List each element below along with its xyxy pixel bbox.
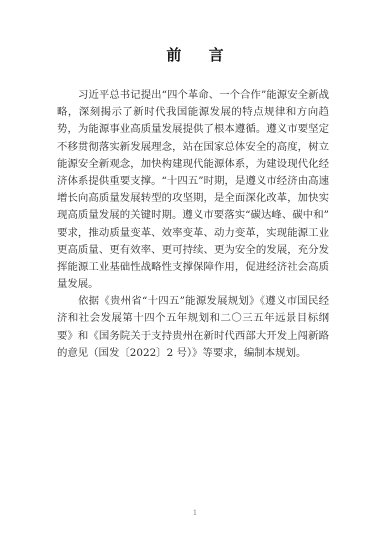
document-page: 前 言 习近平总书记提出“四个革命、一个合作”能源安全新战 略，深刻揭示了新时代… bbox=[0, 0, 390, 551]
preface-body: 习近平总书记提出“四个革命、一个合作”能源安全新战 略，深刻揭示了新时代我国能源… bbox=[57, 87, 329, 362]
text-line: 济体系提供重要支撑。“十四五”时期，是遵义市经济由高速 bbox=[57, 173, 329, 190]
text-line: 略，深刻揭示了新时代我国能源发展的特点规律和方向趋 bbox=[57, 104, 329, 121]
text-line: 不移贯彻落实新发展理念，站在国家总体安全的高度，树立 bbox=[57, 139, 329, 156]
text-line: 要》和《国务院关于支持贵州在新时代西部大开发上闯新路 bbox=[57, 328, 329, 345]
text-line: 现高质量发展的关键时期。遵义市要落实“碳达峰、碳中和” bbox=[57, 207, 329, 224]
page-title: 前 言 bbox=[0, 44, 390, 65]
text-line: 量发展。 bbox=[57, 276, 329, 293]
paragraph-1: 习近平总书记提出“四个革命、一个合作”能源安全新战 略，深刻揭示了新时代我国能源… bbox=[57, 87, 329, 293]
text-line: 挥能源工业基础性战略性支撑保障作用，促进经济社会高质 bbox=[57, 259, 329, 276]
paragraph-2: 依据《贵州省“十四五”能源发展规划》《遵义市国民经 济和社会发展第十四个五年规划… bbox=[57, 293, 329, 362]
text-line: 要求，推动质量变革、效率变革、动力变革，实现能源工业 bbox=[57, 225, 329, 242]
text-line: 势，为能源事业高质量发展提供了根本遵循。遵义市要坚定 bbox=[57, 121, 329, 138]
text-line: 济和社会发展第十四个五年规划和二〇三五年远景目标纲 bbox=[57, 310, 329, 327]
text-line: 更高质量、更有效率、更可持续、更为安全的发展，充分发 bbox=[57, 242, 329, 259]
page-number: 1 bbox=[0, 509, 390, 517]
text-line: 依据《贵州省“十四五”能源发展规划》《遵义市国民经 bbox=[57, 293, 329, 310]
text-line: 增长向高质量发展转型的攻坚期，是全面深化改革，加快实 bbox=[57, 190, 329, 207]
text-line: 能源安全新观念，加快构建现代能源体系，为建设现代化经 bbox=[57, 156, 329, 173]
text-line: 的意见（国发〔2022〕2 号）》等要求，编制本规划。 bbox=[57, 345, 329, 362]
text-line: 习近平总书记提出“四个革命、一个合作”能源安全新战 bbox=[57, 87, 329, 104]
